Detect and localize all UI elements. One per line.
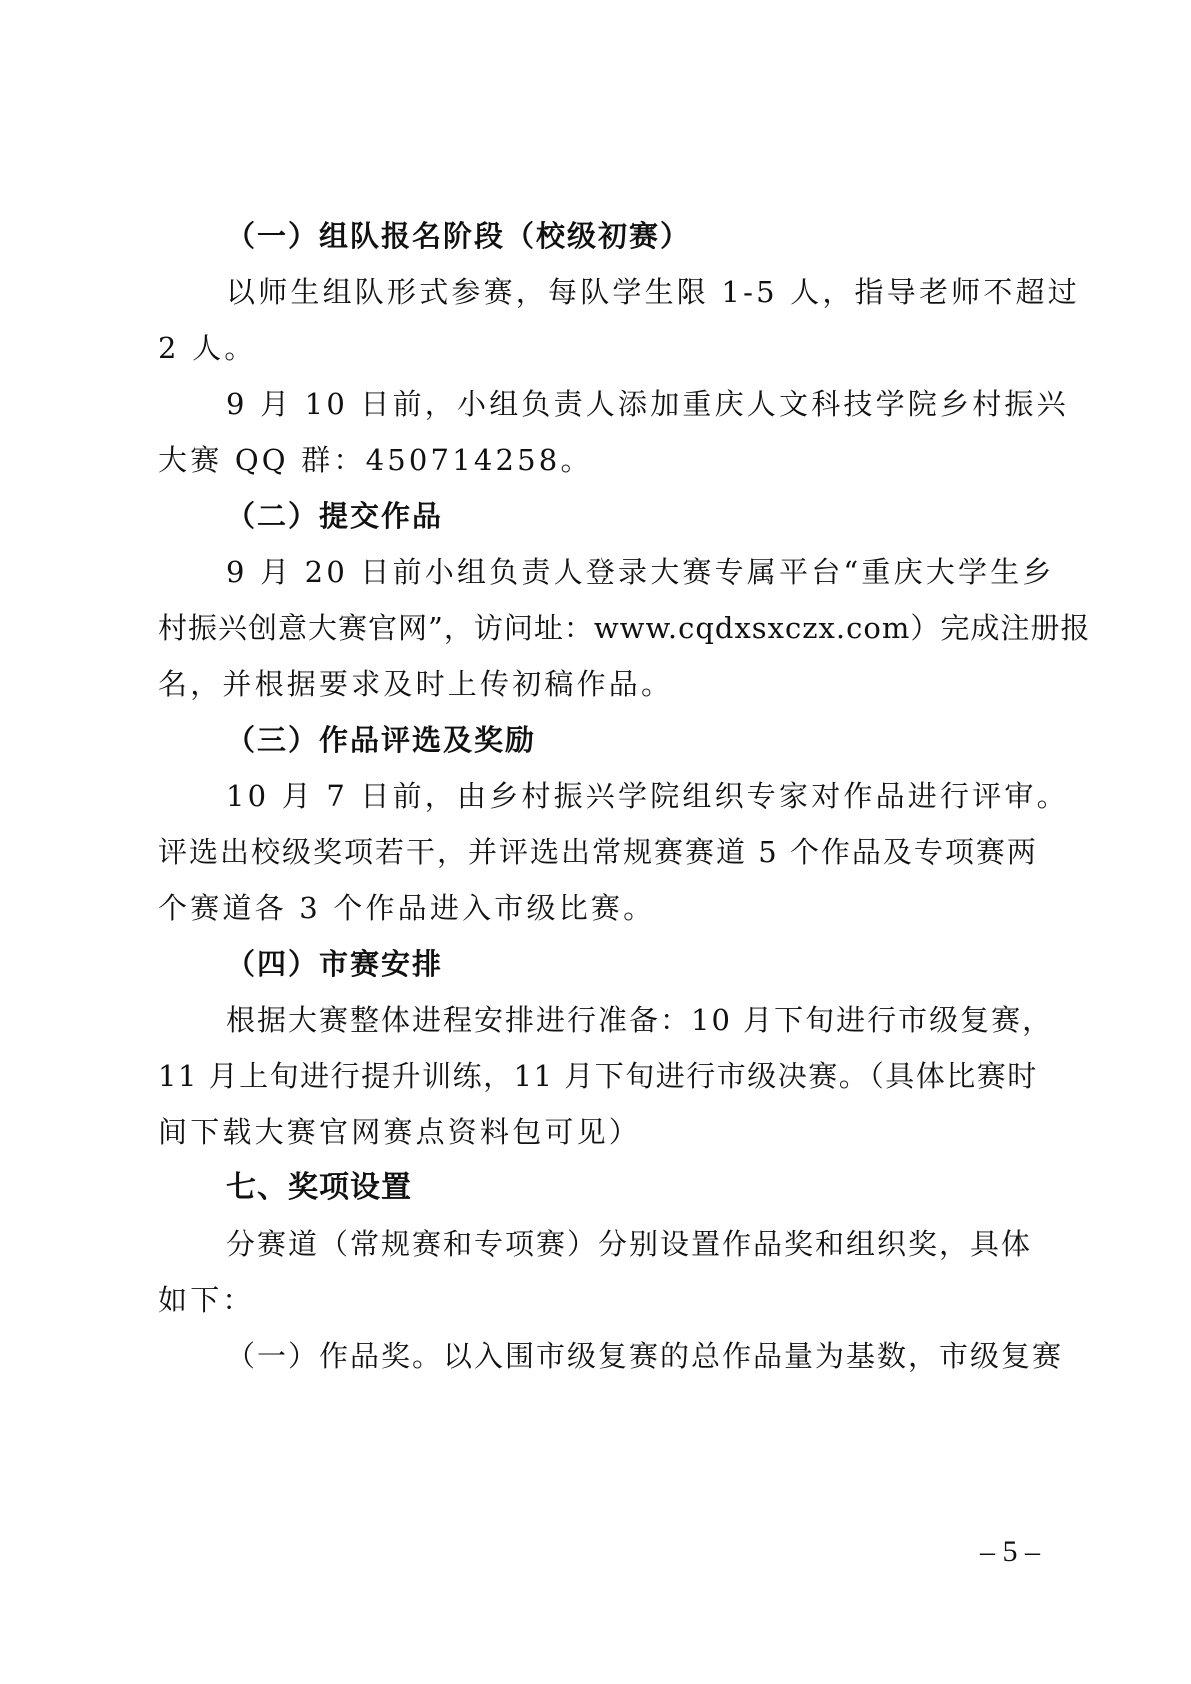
paragraph-line: 11 月上旬进行提升训练，11 月下旬进行市级决赛。（具体比赛时 — [158, 1048, 1058, 1104]
paragraph-line: 根据大赛整体进程安排进行准备：10 月下旬进行市级复赛， — [226, 992, 1058, 1048]
document-page: （一）组队报名阶段（校级初赛） 以师生组队形式参赛，每队学生限 1-5 人，指导… — [0, 0, 1191, 1684]
section-heading-award-settings: 七、奖项设置 — [226, 1160, 1058, 1216]
page-number: – 5 – — [960, 1530, 1060, 1574]
paragraph-line-with-url: 村振兴创意大赛官网”，访问址：www.cqdxsxczx.com）完成注册报 — [158, 600, 1058, 656]
subheading-evaluation-awards: （三）作品评选及奖励 — [226, 712, 1058, 768]
paragraph-line: 间下载大赛官网赛点资料包可见） — [158, 1104, 1058, 1160]
paragraph-line: 9 月 10 日前，小组负责人添加重庆人文科技学院乡村振兴 — [226, 376, 1058, 432]
paragraph-line: 大赛 QQ 群：450714258。 — [158, 432, 1058, 488]
paragraph-line: （一）作品奖。以入围市级复赛的总作品量为基数，市级复赛 — [226, 1328, 1058, 1384]
paragraph-line: 名，并根据要求及时上传初稿作品。 — [158, 656, 1058, 712]
subheading-team-registration: （一）组队报名阶段（校级初赛） — [226, 208, 1058, 264]
paragraph-line: 评选出校级奖项若干，并评选出常规赛赛道 5 个作品及专项赛两 — [158, 824, 1058, 880]
subheading-submit-works: （二）提交作品 — [226, 488, 1058, 544]
paragraph-line: 10 月 7 日前，由乡村振兴学院组织专家对作品进行评审。 — [226, 768, 1058, 824]
paragraph-line: 个赛道各 3 个作品进入市级比赛。 — [158, 880, 1058, 936]
paragraph-line: 如下： — [158, 1272, 1058, 1328]
paragraph-line: 2 人。 — [158, 320, 1058, 376]
paragraph-line: 9 月 20 日前小组负责人登录大赛专属平台“重庆大学生乡 — [226, 544, 1058, 600]
subheading-city-competition: （四）市赛安排 — [226, 936, 1058, 992]
paragraph-line: 以师生组队形式参赛，每队学生限 1-5 人，指导老师不超过 — [226, 264, 1058, 320]
paragraph-line: 分赛道（常规赛和专项赛）分别设置作品奖和组织奖，具体 — [226, 1216, 1058, 1272]
